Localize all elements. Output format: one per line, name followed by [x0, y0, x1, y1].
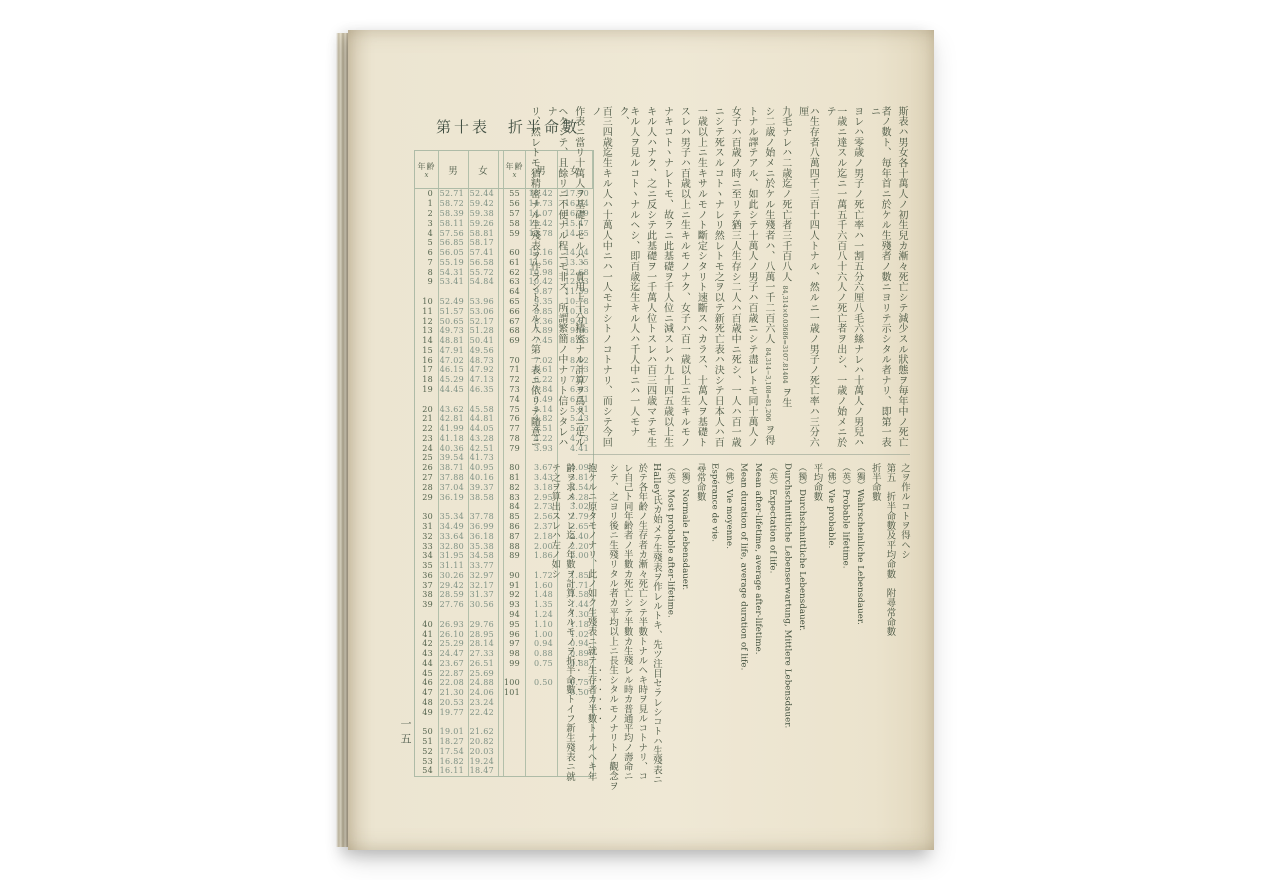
- value-cell: 32.97: [469, 570, 499, 580]
- age-cell: 33: [415, 541, 439, 551]
- header-label: 年齢: [418, 161, 436, 172]
- value-cell: 19.24: [469, 756, 499, 766]
- term-label: 折半命數: [869, 463, 879, 795]
- age-cell: 89: [504, 551, 526, 561]
- age-cell: [415, 717, 439, 727]
- age-cell: 90: [504, 570, 526, 580]
- age-cell: 85: [504, 512, 526, 522]
- value-cell: 51.57: [439, 306, 469, 316]
- text-column: 一歳以上ニ生キサルモノト斷定シタリト速斷スヘカラス、十萬人ヲ基礎ト: [695, 106, 706, 450]
- text-column: 於テ各年齢ノ生存者カ漸々死亡シテ半數トナルヘキ時ヲ見ルコトナリ、コ: [636, 463, 646, 795]
- age-cell: 31: [415, 522, 439, 532]
- value-cell: 35.34: [439, 512, 469, 522]
- text-column: 作表ニ當リ十萬人ヲ基礎トセルハ、實用上十分精密ナル計算ヲ爲スニ足ル: [572, 106, 583, 450]
- age-cell: 53: [415, 756, 439, 766]
- text-column: （佛）Vie moyenne.: [723, 463, 733, 795]
- value-cell: 53.41: [439, 277, 469, 287]
- header-label: 女: [478, 163, 489, 177]
- value-cell: 24.88: [469, 678, 499, 688]
- age-cell: 83: [504, 492, 526, 502]
- value-cell: [526, 453, 558, 463]
- age-cell: 95: [504, 619, 526, 629]
- text-column: 齢ヲ求メ、ソレ迄ノ年數ヲ計算シタルモノヲ折半命數トイフ新生殘表ニ就: [564, 463, 581, 795]
- value-cell: 56.58: [469, 257, 499, 267]
- age-cell: 20: [415, 404, 439, 414]
- value-cell: 19.77: [439, 707, 469, 717]
- value-cell: 38.58: [469, 492, 499, 502]
- age-cell: 19: [415, 385, 439, 395]
- age-cell: 10: [415, 297, 439, 307]
- value-cell: 44.05: [469, 424, 499, 434]
- value-cell: 34.58: [469, 551, 499, 561]
- value-cell: [439, 502, 469, 512]
- text-column: 者ノ數ト、毎年首ニ於ケル生殘者ノ數ニヨリテ示シタル者ナリ、即第一表ニ: [868, 106, 889, 450]
- age-cell: [415, 394, 439, 404]
- value-cell: 32.17: [469, 580, 499, 590]
- value-cell: 52.17: [469, 316, 499, 326]
- value-cell: 53.96: [469, 297, 499, 307]
- text-column: Mean after-lifetime, average after-lifet…: [753, 463, 763, 795]
- text-column: レ自己ト同年齢者ノ半數カ死亡シテ半數カ生殘レル時カ普通平均ノ壽命ニ: [621, 463, 631, 795]
- value-cell: 17.54: [439, 747, 469, 757]
- age-cell: 14: [415, 336, 439, 346]
- value-cell: 25.29: [439, 639, 469, 649]
- age-symbol: x: [425, 172, 429, 179]
- value-cell: 48.81: [439, 336, 469, 346]
- value-cell: 47.92: [469, 365, 499, 375]
- age-cell: [504, 453, 526, 463]
- text-column: Espérance de vie.: [709, 463, 719, 795]
- value-cell: 50.65: [439, 316, 469, 326]
- value-cell: 21.62: [469, 727, 499, 737]
- age-cell: 34: [415, 551, 439, 561]
- text-column: （獨）Normale Lebensdauer.: [680, 463, 690, 795]
- value-cell: 16.82: [439, 756, 469, 766]
- value-cell: 58.11: [439, 218, 469, 228]
- age-cell: 15: [415, 346, 439, 356]
- value-cell: 59.42: [469, 199, 499, 209]
- text-column: ヘクシテ、且餘リニ不便ナル程ニモ非ス、所謂繁簡ノ中ナリト信シタレハナ: [545, 106, 566, 450]
- text-column: （獨）Durchschnittliche Lebensdauer.: [796, 463, 806, 795]
- age-cell: 52: [415, 747, 439, 757]
- value-cell: 22.08: [439, 678, 469, 688]
- text-column: ヨレハ零歳ノ男子ノ死亡率ハ一割五分六厘八毛六絲ナレハ十萬人ノ男兒ハ: [851, 106, 862, 450]
- age-cell: 13: [415, 326, 439, 336]
- header-cell-female-left: 女: [469, 151, 499, 188]
- age-cell: [504, 737, 526, 747]
- value-cell: 36.19: [439, 492, 469, 502]
- value-cell: 29.42: [439, 580, 469, 590]
- value-cell: 41.99: [439, 424, 469, 434]
- value-cell: 30.56: [469, 600, 499, 610]
- age-cell: 97: [504, 639, 526, 649]
- value-cell: 36.18: [469, 531, 499, 541]
- text-column: ナキコトヽナレトモ、故ラニ此基礎ヲ千人位ニ減スレハ九十四五歳以上生: [661, 106, 672, 450]
- age-cell: 30: [415, 512, 439, 522]
- age-cell: [504, 756, 526, 766]
- value-cell: 40.16: [469, 473, 499, 483]
- age-cell: [504, 707, 526, 717]
- text-column: （英）Most probable after-lifetime.: [665, 463, 675, 795]
- value-cell: 37.78: [469, 512, 499, 522]
- value-cell: 48.73: [469, 355, 499, 365]
- scan-background: 第十表 折半命數 年齢 x 男 女 年齢 x 男: [0, 0, 1280, 880]
- inline-formula: 84,314−3,108=81,206: [764, 348, 772, 422]
- value-cell: 40.95: [469, 463, 499, 473]
- value-cell: 40.36: [439, 443, 469, 453]
- inline-formula: 84,314×0.03686=3107.81404: [781, 285, 789, 383]
- age-cell: 47: [415, 688, 439, 698]
- age-cell: 36: [415, 570, 439, 580]
- age-cell: 32: [415, 531, 439, 541]
- age-cell: 16: [415, 355, 439, 365]
- emphasized-text: 折半命數: [564, 656, 575, 695]
- value-cell: 32.80: [439, 541, 469, 551]
- text-column: シ二歳ノ始メニ於ケル生殘者ハ、八萬一千二百六人 84,314−3,108=81,…: [762, 106, 773, 450]
- age-cell: 87: [504, 531, 526, 541]
- text-column: 斯表ハ男女各十萬人ノ初生兒カ漸々死亡シテ減少スル狀態ヲ毎年中ノ死亡: [895, 106, 906, 450]
- age-cell: 7: [415, 257, 439, 267]
- age-cell: 42: [415, 639, 439, 649]
- value-cell: 31.37: [469, 590, 499, 600]
- value-cell: 50.41: [469, 336, 499, 346]
- age-cell: 27: [415, 473, 439, 483]
- value-cell: 25.69: [469, 668, 499, 678]
- value-cell: 33.77: [469, 561, 499, 571]
- age-cell: 21: [415, 414, 439, 424]
- value-cell: 54.31: [439, 267, 469, 277]
- value-cell: 19.01: [439, 727, 469, 737]
- value-cell: 43.62: [439, 404, 469, 414]
- value-cell: 47.02: [439, 355, 469, 365]
- value-cell: 18.27: [439, 737, 469, 747]
- value-cell: 16.11: [439, 766, 469, 776]
- value-cell: [439, 287, 469, 297]
- value-cell: 46.15: [439, 365, 469, 375]
- age-cell: 91: [504, 580, 526, 590]
- section-divider: [578, 454, 910, 455]
- text-column: Durchschnittliche Lebenserwartung, Mittl…: [782, 463, 792, 795]
- value-cell: 43.28: [469, 434, 499, 444]
- age-cell: 40: [415, 619, 439, 629]
- value-cell: [469, 287, 499, 297]
- lower-text-block: 之ヲ作ルコトヲ得ヘシ第五 折半命數及平均命數 附尋常命數折半命數（獨）Wahrs…: [545, 463, 909, 795]
- age-cell: [415, 610, 439, 620]
- value-cell: 24.47: [439, 649, 469, 659]
- age-cell: 8: [415, 267, 439, 277]
- age-cell: [415, 287, 439, 297]
- value-cell: 28.95: [469, 629, 499, 639]
- value-cell: 55.19: [439, 257, 469, 267]
- text-column: シテ、之ヨリ後ニ生殘リタル者カ平均以上ニ長生シタルモノナリトノ觀念ヲ: [607, 463, 617, 795]
- age-cell: 37: [415, 580, 439, 590]
- value-cell: 49.73: [439, 326, 469, 336]
- text-column: 之ヲ作ルコトヲ得ヘシ: [899, 463, 909, 795]
- age-cell: 101: [504, 688, 526, 698]
- age-cell: [504, 561, 526, 571]
- value-cell: 38.71: [439, 463, 469, 473]
- age-cell: [504, 766, 526, 776]
- value-cell: 56.05: [439, 248, 469, 258]
- table-row: 2539.5441.73: [415, 453, 593, 463]
- age-cell: 35: [415, 561, 439, 571]
- age-cell: 54: [415, 766, 439, 776]
- text-column: （獨）Wahrscheinliche Lebensdauer.: [855, 463, 865, 795]
- text-column: Mean duration of life, average duration …: [738, 463, 748, 795]
- value-cell: 49.56: [469, 346, 499, 356]
- text-column: キル人ハナク、之ニ反シテ此基礎ヲ一千萬人位トスレハ百三四歳マテモ生: [644, 106, 655, 450]
- text-column: ニシテ死スルコトヽナレリ然レトモ之ヲ以テ新死亡表ハ決シテ日本人ハ百: [712, 106, 723, 450]
- age-cell: 23: [415, 434, 439, 444]
- age-cell: 49: [415, 707, 439, 717]
- age-cell: 44: [415, 659, 439, 669]
- value-cell: 18.47: [469, 766, 499, 776]
- value-cell: 34.49: [439, 522, 469, 532]
- age-cell: [504, 747, 526, 757]
- age-cell: 92: [504, 590, 526, 600]
- age-cell: 22: [415, 424, 439, 434]
- term-label: 尋常命數: [694, 463, 704, 795]
- value-cell: 37.88: [439, 473, 469, 483]
- value-cell: 52.71: [439, 189, 469, 199]
- value-cell: 20.53: [439, 698, 469, 708]
- age-cell: 93: [504, 600, 526, 610]
- age-cell: 84: [504, 502, 526, 512]
- age-cell: 18: [415, 375, 439, 385]
- age-cell: 81: [504, 473, 526, 483]
- age-cell: 6: [415, 248, 439, 258]
- value-cell: 26.51: [469, 659, 499, 669]
- value-cell: 22.42: [469, 707, 499, 717]
- age-cell: 24: [415, 443, 439, 453]
- value-cell: 44.45: [439, 385, 469, 395]
- value-cell: [469, 717, 499, 727]
- text-column: （英）Expectation of life.: [767, 463, 777, 795]
- value-cell: 20.03: [469, 747, 499, 757]
- age-cell: 3: [415, 218, 439, 228]
- age-cell: [504, 717, 526, 727]
- text-column: 女子ハ百歳ノ時ニ至リテ猶三人生存シ二人ハ百歳中ニ死シ、一人ハ百一歳: [729, 106, 740, 450]
- age-cell: 39: [415, 600, 439, 610]
- age-cell: 50: [415, 727, 439, 737]
- value-cell: 42.81: [439, 414, 469, 424]
- value-cell: 22.87: [439, 668, 469, 678]
- value-cell: 27.33: [469, 649, 499, 659]
- age-cell: 9: [415, 277, 439, 287]
- age-cell: 48: [415, 698, 439, 708]
- value-cell: [469, 394, 499, 404]
- value-cell: 59.38: [469, 209, 499, 219]
- value-cell: 30.26: [439, 570, 469, 580]
- age-cell: 98: [504, 649, 526, 659]
- text-column: 九毛ナレハ二歳迄ノ死亡者三千百八人 84,314×0.03686=3107.81…: [779, 106, 790, 450]
- value-cell: 54.84: [469, 277, 499, 287]
- text-column: Halley氏カ始メテ生殘表ヲ作レルトキ、先ツ注目セラレシコトハ生殘表ニ: [651, 463, 661, 795]
- value-cell: 37.04: [439, 482, 469, 492]
- value-cell: 52.44: [469, 189, 499, 199]
- text-column: テ之ヲ算出スレハ左ノ如シ: [549, 463, 559, 795]
- age-symbol: x: [513, 172, 517, 179]
- text-column: 抱ケルニ原タモノナリ、此ノ如ク生殘表ニ就テ生存者カ半數トナルヘキ年: [585, 463, 602, 795]
- value-cell: 24.06: [469, 688, 499, 698]
- age-cell: 94: [504, 610, 526, 620]
- value-cell: 26.93: [439, 619, 469, 629]
- value-cell: 31.95: [439, 551, 469, 561]
- value-cell: 57.56: [439, 228, 469, 238]
- value-cell: 53.06: [469, 306, 499, 316]
- value-cell: 42.51: [469, 443, 499, 453]
- value-cell: 58.39: [439, 209, 469, 219]
- value-cell: 44.81: [469, 414, 499, 424]
- age-cell: 0: [415, 189, 439, 199]
- value-cell: 41.18: [439, 434, 469, 444]
- age-cell: 82: [504, 482, 526, 492]
- value-cell: [469, 502, 499, 512]
- age-cell: 96: [504, 629, 526, 639]
- value-cell: 28.59: [439, 590, 469, 600]
- value-cell: 45.29: [439, 375, 469, 385]
- age-cell: 100: [504, 678, 526, 688]
- value-cell: 47.91: [439, 346, 469, 356]
- value-cell: [439, 717, 469, 727]
- age-cell: [415, 502, 439, 512]
- age-cell: 4: [415, 228, 439, 238]
- text-column: 百三四歳迄生キル人ハ十萬人中ニハ一人モナシトノコトナリ、而シテ今回ノ: [589, 106, 610, 450]
- book-page: 第十表 折半命數 年齢 x 男 女 年齢 x 男: [348, 30, 934, 850]
- value-cell: [439, 394, 469, 404]
- header-cell-age-left: 年齢 x: [415, 151, 439, 188]
- age-cell: 45: [415, 668, 439, 678]
- value-cell: 58.81: [469, 228, 499, 238]
- value-cell: 39.54: [439, 453, 469, 463]
- term-label: 平均命數: [811, 463, 821, 795]
- value-cell: 47.13: [469, 375, 499, 385]
- upper-text-block: 斯表ハ男女各十萬人ノ初生兒カ漸々死亡シテ減少スル狀態ヲ毎年中ノ死亡者ノ數ト、毎年…: [522, 106, 906, 450]
- age-cell: 17: [415, 365, 439, 375]
- age-cell: 88: [504, 541, 526, 551]
- age-cell: 28: [415, 482, 439, 492]
- value-cell: 52.49: [439, 297, 469, 307]
- age-cell: 99: [504, 659, 526, 669]
- value-cell: 41.73: [469, 453, 499, 463]
- header-label: 男: [448, 163, 459, 177]
- age-cell: 5: [415, 238, 439, 248]
- value-cell: [439, 610, 469, 620]
- text-column: 一歳ニ達スル迄ニ一萬五千六百八十六人ノ死亡者ヲ出シ、一歳ノ始メニ於テ: [824, 106, 845, 450]
- value-cell: 20.82: [469, 737, 499, 747]
- age-cell: 51: [415, 737, 439, 747]
- age-cell: 1: [415, 199, 439, 209]
- age-cell: [504, 668, 526, 678]
- value-cell: 58.72: [439, 199, 469, 209]
- age-cell: 41: [415, 629, 439, 639]
- age-cell: 80: [504, 463, 526, 473]
- age-cell: [504, 727, 526, 737]
- value-cell: 35.38: [469, 541, 499, 551]
- value-cell: 31.11: [439, 561, 469, 571]
- age-cell: 26: [415, 463, 439, 473]
- text-column: キル人ヲ見ルコトヽナルヘシ、即百歳迄生キル人ハ千人中ニハ一人モナク、: [617, 106, 638, 450]
- section-heading: 第五 折半命數及平均命數 附尋常命數: [884, 463, 894, 795]
- page-number: 一五: [397, 718, 413, 748]
- value-cell: 26.10: [439, 629, 469, 639]
- value-cell: 57.41: [469, 248, 499, 258]
- age-cell: 38: [415, 590, 439, 600]
- text-column: （英）Probable lifetime.: [840, 463, 850, 795]
- text-column: スレハ男子ハ百歳以上ニ生キルモノナク、女子ハ百一歳以上ニ生キルモノ: [678, 106, 689, 450]
- value-cell: 58.17: [469, 238, 499, 248]
- value-cell: 59.26: [469, 218, 499, 228]
- value-cell: 51.28: [469, 326, 499, 336]
- value-cell: 27.76: [439, 600, 469, 610]
- value-cell: 21.30: [439, 688, 469, 698]
- emphasized-text: 生存者カ半數: [586, 665, 597, 723]
- age-cell: 12: [415, 316, 439, 326]
- value-cell: 28.14: [469, 639, 499, 649]
- age-cell: 25: [415, 453, 439, 463]
- text-column: ハ生存者八萬四千三百十四人トナル、然ルニ一歳ノ男子ノ死亡率ハ三分六厘: [796, 106, 817, 450]
- age-cell: 46: [415, 678, 439, 688]
- age-cell: 11: [415, 306, 439, 316]
- age-cell: 29: [415, 492, 439, 502]
- age-cell: 2: [415, 209, 439, 219]
- value-cell: 46.35: [469, 385, 499, 395]
- value-cell: 23.67: [439, 659, 469, 669]
- value-cell: [469, 610, 499, 620]
- value-cell: 29.76: [469, 619, 499, 629]
- value-cell: 39.37: [469, 482, 499, 492]
- age-cell: 86: [504, 522, 526, 532]
- value-cell: 56.85: [439, 238, 469, 248]
- text-column: （佛）Vie probable.: [826, 463, 836, 795]
- value-cell: 33.64: [439, 531, 469, 541]
- age-cell: [504, 698, 526, 708]
- value-cell: 55.72: [469, 267, 499, 277]
- text-column: リ、然レトモ猶精密ナル生殘表ヲ作ラントスル人ハ第一表ニ依リテ隨意ニ: [528, 106, 539, 450]
- text-column: トナル譯テアル、如此シテ十萬人ノ男子ハ百歳ニシテ盡レトモ同十萬人ノ: [745, 106, 756, 450]
- value-cell: 36.99: [469, 522, 499, 532]
- age-cell: 43: [415, 649, 439, 659]
- value-cell: 45.58: [469, 404, 499, 414]
- header-cell-male-left: 男: [439, 151, 469, 188]
- value-cell: 23.24: [469, 698, 499, 708]
